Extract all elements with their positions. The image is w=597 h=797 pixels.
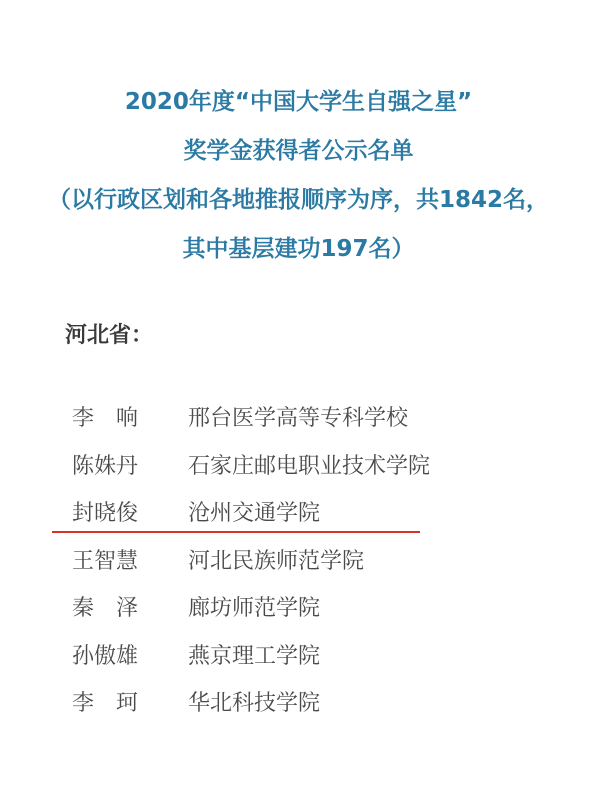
title-line-2: 奖学金获得者公示名单	[0, 127, 597, 176]
recipient-name: 王智慧	[72, 544, 188, 575]
title-line-4: 其中基层建功197名）	[0, 225, 597, 274]
recipient-name: 陈姝丹	[72, 449, 188, 480]
recipient-school: 廊坊师范学院	[188, 591, 320, 622]
recipient-school: 河北民族师范学院	[188, 544, 364, 575]
recipient-school: 燕京理工学院	[188, 639, 320, 670]
document-title: 2020年度“中国大学生自强之星” 奖学金获得者公示名单 （以行政区划和各地推报…	[0, 78, 597, 274]
list-item: 封晓俊 沧州交通学院	[72, 488, 552, 536]
recipient-name: 秦 泽	[72, 591, 188, 622]
recipient-name: 李 珂	[72, 686, 188, 717]
title-line-1: 2020年度“中国大学生自强之星”	[0, 78, 597, 127]
recipient-school: 沧州交通学院	[188, 496, 320, 527]
recipient-school: 华北科技学院	[188, 686, 320, 717]
red-underline-annotation	[52, 531, 420, 533]
list-item: 李 响 邢台医学高等专科学校	[72, 393, 552, 441]
recipient-name: 封晓俊	[72, 496, 188, 527]
recipient-school: 邢台医学高等专科学校	[188, 401, 408, 432]
list-item: 秦 泽 廊坊师范学院	[72, 583, 552, 631]
list-item: 王智慧 河北民族师范学院	[72, 536, 552, 584]
list-item: 李 珂 华北科技学院	[72, 678, 552, 726]
recipient-list: 李 响 邢台医学高等专科学校 陈姝丹 石家庄邮电职业技术学院 封晓俊 沧州交通学…	[72, 393, 552, 726]
title-line-3: （以行政区划和各地推报顺序为序，共1842名，	[0, 176, 597, 225]
recipient-name: 孙傲雄	[72, 639, 188, 670]
province-heading: 河北省：	[65, 318, 153, 349]
recipient-name: 李 响	[72, 401, 188, 432]
list-item: 陈姝丹 石家庄邮电职业技术学院	[72, 441, 552, 489]
list-item: 孙傲雄 燕京理工学院	[72, 631, 552, 679]
recipient-school: 石家庄邮电职业技术学院	[188, 449, 430, 480]
